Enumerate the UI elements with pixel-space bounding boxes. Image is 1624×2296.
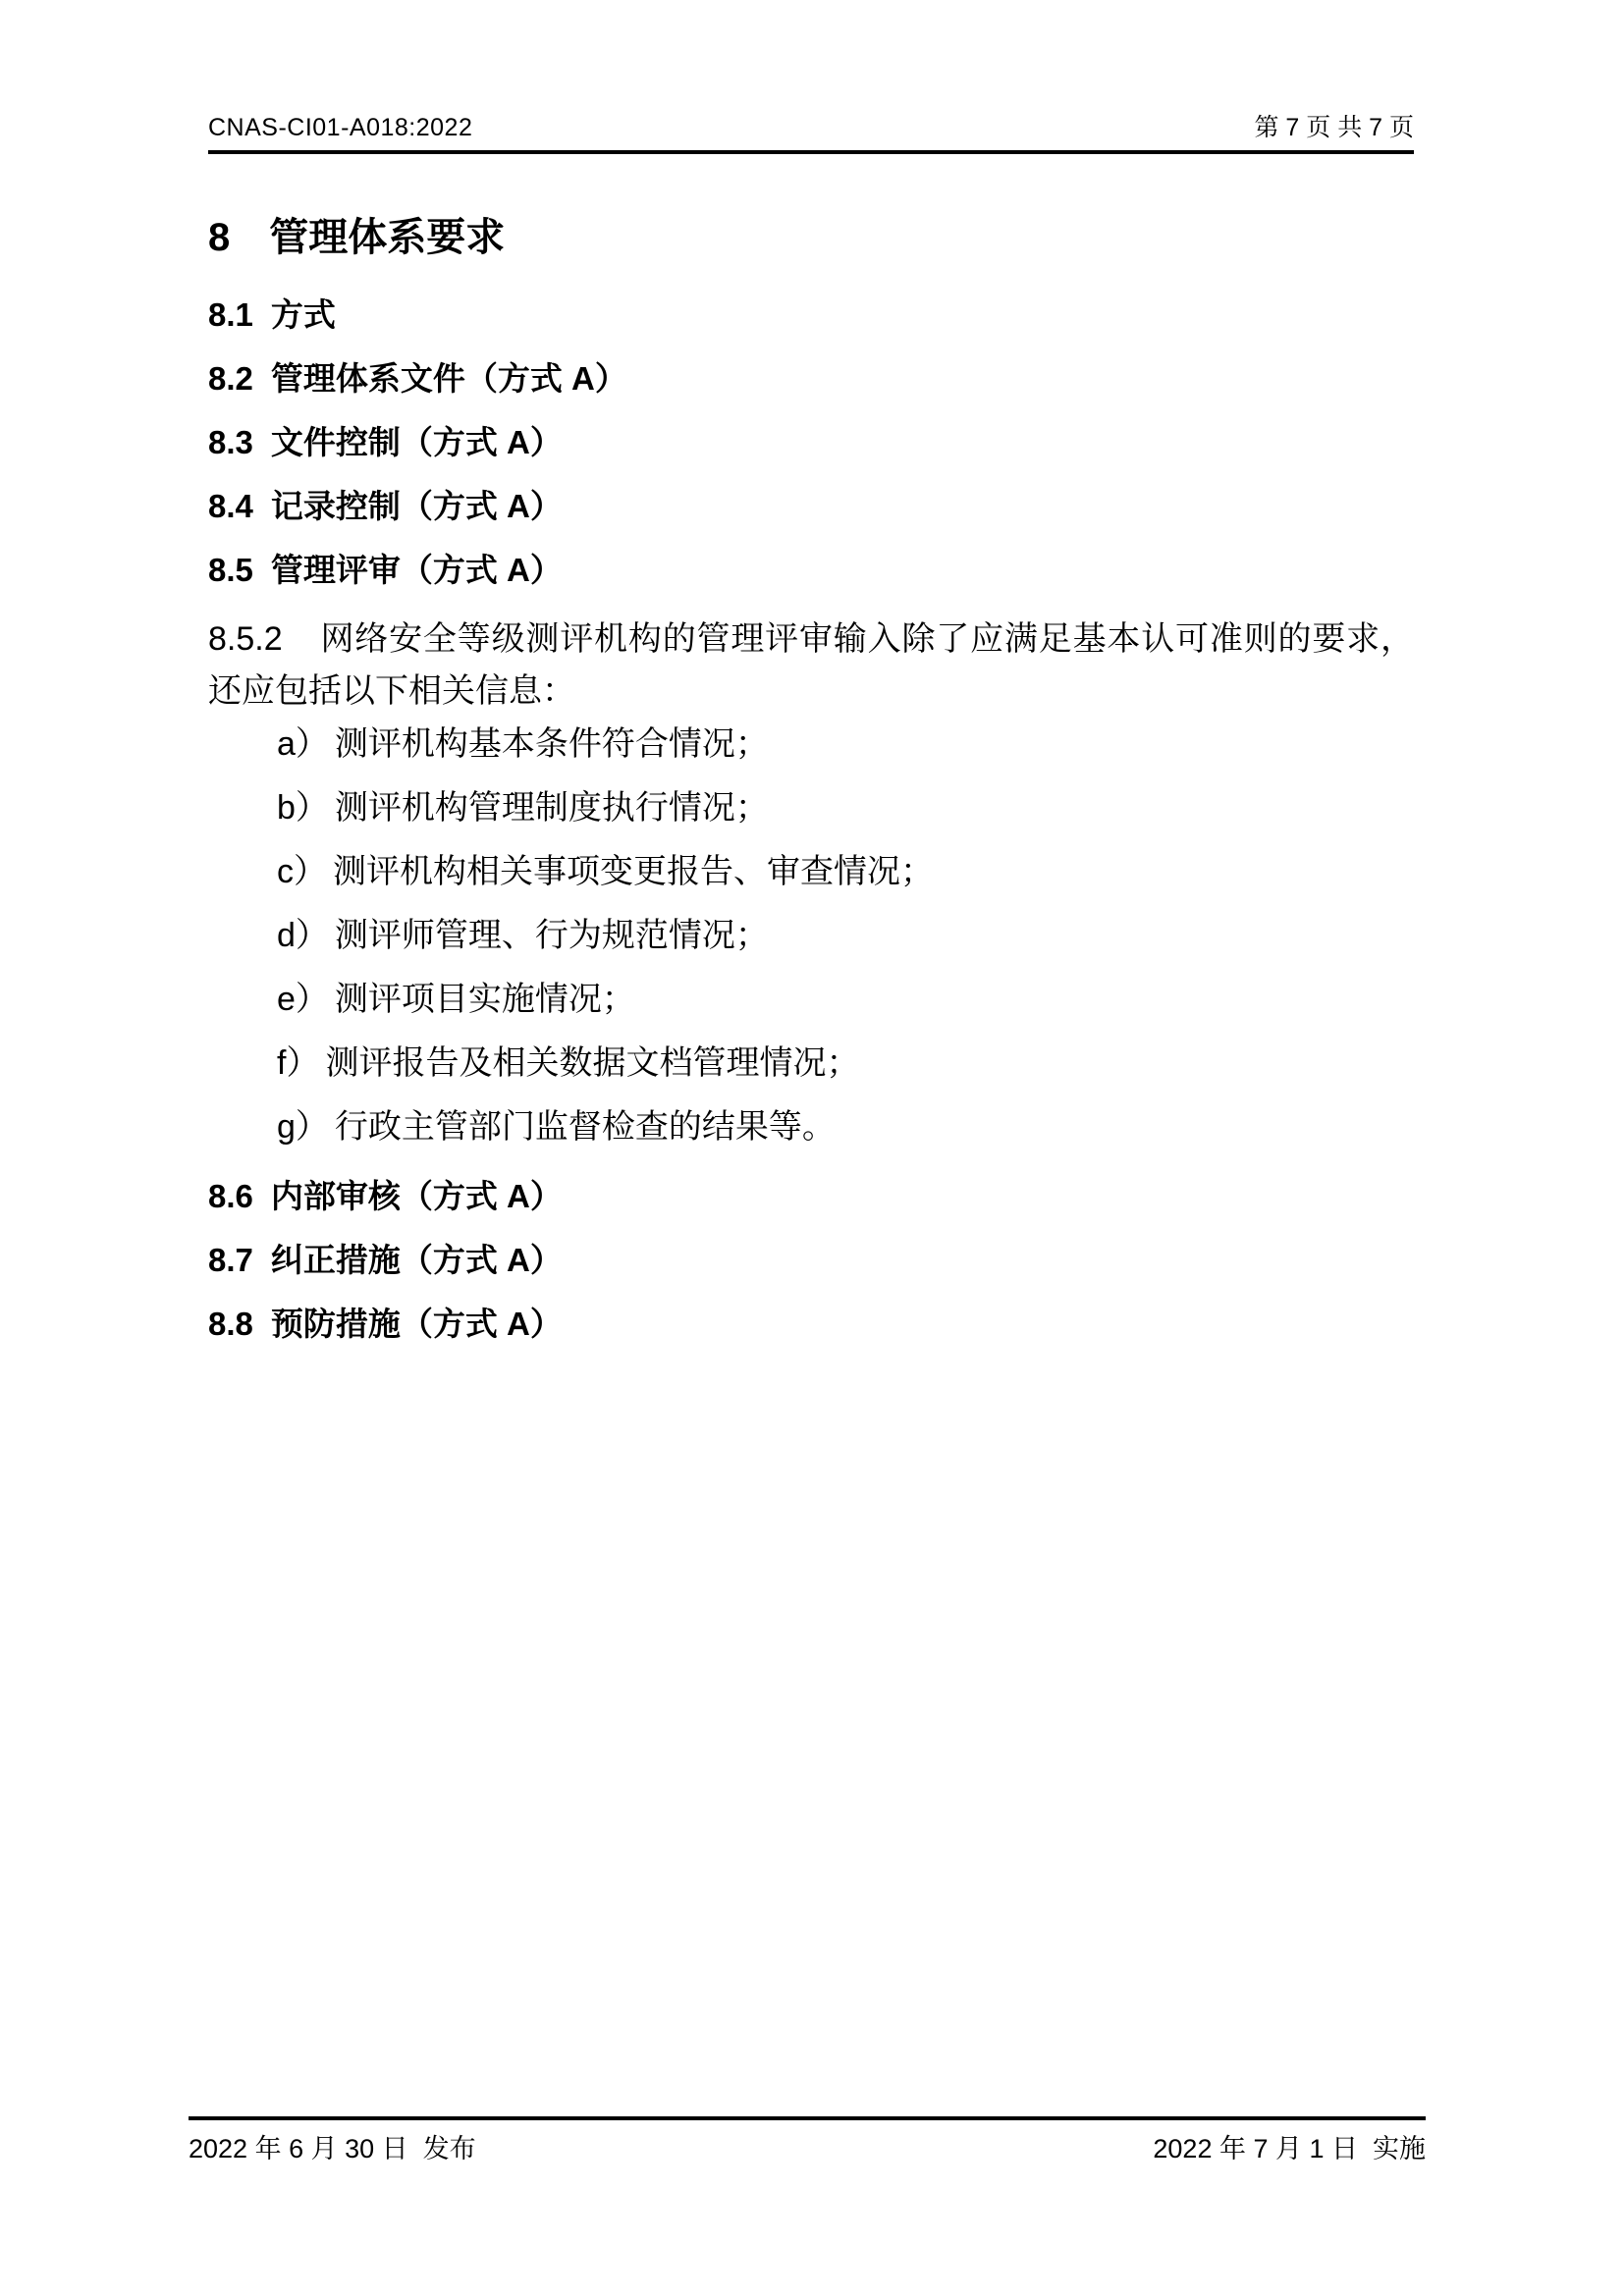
list-item-text: 测评师管理、行为规范情况；: [335, 918, 769, 954]
list-item-label: e）: [277, 981, 329, 1018]
clause-paragraph-8-5-2: 8.5.2网络安全等级测评机构的管理评审输入除了应满足基本认可准则的要求，还应包…: [208, 614, 1414, 718]
list-item-e: e）测评项目实施情况；: [277, 980, 1414, 1020]
section-title: 方式: [271, 296, 336, 333]
document-code: CNAS-CI01-A018:2022: [208, 114, 472, 141]
list-item-d: d）测评师管理、行为规范情况；: [277, 916, 1414, 956]
list-item-label: a）: [277, 725, 329, 763]
clause-item-list: a）测评机构基本条件符合情况； b）测评机构管理制度执行情况； c）测评机构相关…: [208, 724, 1414, 1148]
list-item-c: c）测评机构相关事项变更报告、审查情况；: [277, 852, 1414, 892]
section-heading-8-7: 8.7纠正措施（方式 A）: [208, 1241, 1414, 1280]
section-title: 管理体系文件（方式 A）: [271, 360, 627, 397]
list-item-text: 测评机构基本条件符合情况；: [335, 726, 769, 763]
section-title: 管理评审（方式 A）: [271, 552, 563, 588]
section-number: 8.8: [208, 1306, 253, 1342]
section-heading-8-2: 8.2管理体系文件（方式 A）: [208, 359, 1414, 399]
section-title: 纠正措施（方式 A）: [271, 1242, 563, 1278]
section-number: 8.7: [208, 1242, 253, 1278]
section-title: 预防措施（方式 A）: [271, 1306, 563, 1342]
document-body: 8管理体系要求 8.1方式 8.2管理体系文件（方式 A） 8.3文件控制（方式…: [208, 206, 1414, 1344]
list-item-text: 测评机构相关事项变更报告、审查情况；: [333, 854, 934, 890]
section-heading-8-1: 8.1方式: [208, 295, 1414, 335]
section-heading-8-5: 8.5管理评审（方式 A）: [208, 551, 1414, 590]
chapter-heading: 8管理体系要求: [208, 214, 1414, 261]
list-item-label: f）: [277, 1044, 319, 1082]
implementation-date: 2022 年 7 月 1 日 实施: [1153, 2133, 1426, 2164]
page-header: CNAS-CI01-A018:2022 第 7 页 共 7 页: [208, 114, 1414, 154]
list-item-text: 测评项目实施情况；: [335, 982, 635, 1018]
list-item-label: b）: [277, 789, 329, 827]
section-heading-8-4: 8.4记录控制（方式 A）: [208, 487, 1414, 526]
list-item-g: g）行政主管部门监督检查的结果等。: [277, 1107, 1414, 1148]
list-item-label: d）: [277, 917, 329, 954]
list-item-text: 测评机构管理制度执行情况；: [335, 790, 769, 827]
list-item-b: b）测评机构管理制度执行情况；: [277, 788, 1414, 828]
section-heading-8-3: 8.3文件控制（方式 A）: [208, 423, 1414, 462]
section-number: 8.2: [208, 360, 253, 397]
page-footer: 2022 年 6 月 30 日 发布 2022 年 7 月 1 日 实施: [189, 2116, 1426, 2164]
section-heading-8-6: 8.6内部审核（方式 A）: [208, 1177, 1414, 1216]
list-item-label: g）: [277, 1108, 329, 1146]
section-title: 文件控制（方式 A）: [271, 424, 563, 460]
section-number: 8.5: [208, 552, 253, 588]
list-item-text: 测评报告及相关数据文档管理情况；: [325, 1045, 859, 1082]
page-number-indicator: 第 7 页 共 7 页: [1254, 114, 1414, 141]
clause-text: 网络安全等级测评机构的管理评审输入除了应满足基本认可准则的要求，还应包括以下相关…: [208, 621, 1414, 710]
chapter-title: 管理体系要求: [269, 216, 505, 259]
chapter-number: 8: [208, 216, 230, 259]
section-heading-8-8: 8.8预防措施（方式 A）: [208, 1305, 1414, 1344]
section-number: 8.4: [208, 488, 253, 524]
list-item-text: 行政主管部门监督检查的结果等。: [335, 1109, 836, 1146]
document-page: CNAS-CI01-A018:2022 第 7 页 共 7 页 8管理体系要求 …: [0, 0, 1624, 2296]
list-item-label: c）: [277, 853, 327, 890]
section-number: 8.6: [208, 1178, 253, 1214]
section-title: 记录控制（方式 A）: [271, 488, 563, 524]
section-number: 8.3: [208, 424, 253, 460]
clause-number: 8.5.2: [208, 620, 283, 658]
section-number: 8.1: [208, 296, 253, 333]
section-title: 内部审核（方式 A）: [271, 1178, 563, 1214]
issue-date: 2022 年 6 月 30 日 发布: [189, 2133, 476, 2164]
list-item-a: a）测评机构基本条件符合情况；: [277, 724, 1414, 765]
list-item-f: f）测评报告及相关数据文档管理情况；: [277, 1043, 1414, 1084]
